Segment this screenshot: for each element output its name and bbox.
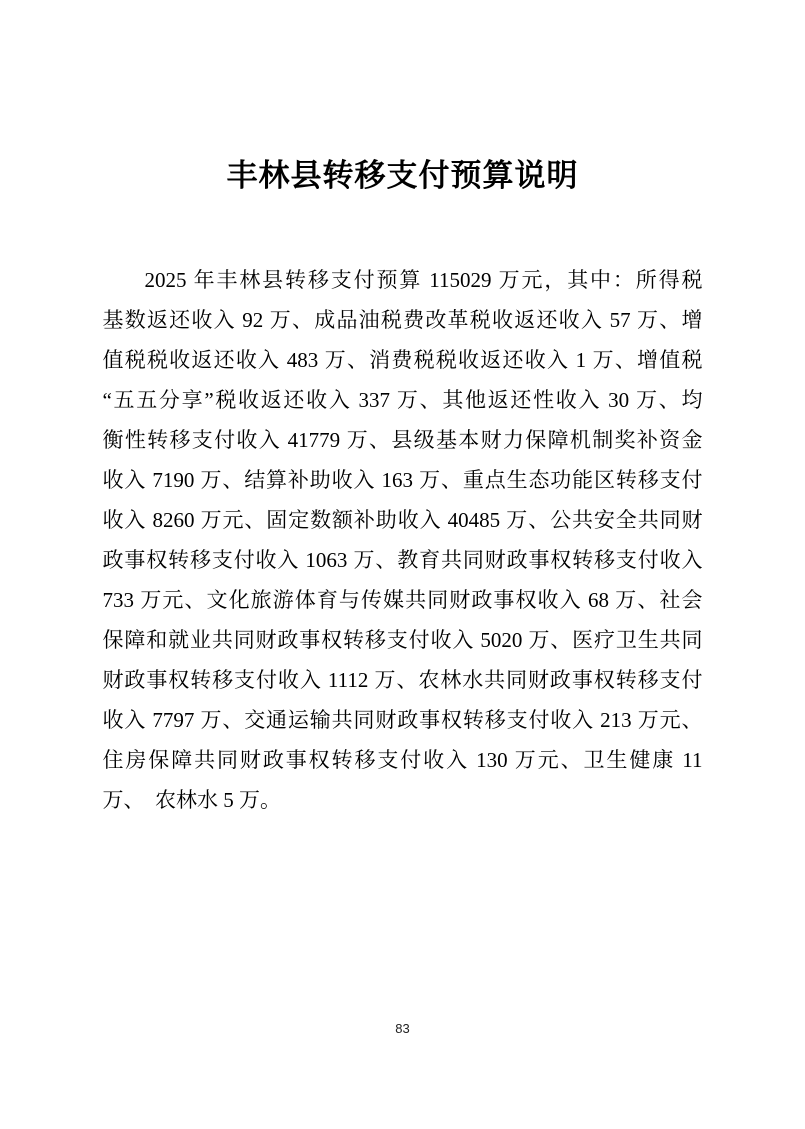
paragraph-line: 733 万元、文化旅游体育与传媒共同财政事权收入 68 万、社会 xyxy=(103,580,703,620)
document-page: 丰林县转移支付预算说明 2025 年丰林县转移支付预算 115029 万元，其中… xyxy=(0,0,805,1129)
paragraph-line: 值税税收返还收入 483 万、消费税税收返还收入 1 万、增值税 xyxy=(103,340,703,380)
paragraph-line: 万、 农林水 5 万。 xyxy=(103,780,703,820)
paragraph-line: 收入 7190 万、结算补助收入 163 万、重点生态功能区转移支付 xyxy=(103,460,703,500)
paragraph-line: 住房保障共同财政事权转移支付收入 130 万元、卫生健康 11 xyxy=(103,740,703,780)
paragraph-line: 衡性转移支付收入 41779 万、县级基本财力保障机制奖补资金 xyxy=(103,420,703,460)
paragraph-line: 收入 8260 万元、固定数额补助收入 40485 万、公共安全共同财 xyxy=(103,500,703,540)
paragraph-line: 收入 7797 万、交通运输共同财政事权转移支付收入 213 万元、 xyxy=(103,700,703,740)
paragraph-line: 保障和就业共同财政事权转移支付收入 5020 万、医疗卫生共同 xyxy=(103,620,703,660)
paragraph-line: 基数返还收入 92 万、成品油税费改革税收返还收入 57 万、增 xyxy=(103,300,703,340)
page-number: 83 xyxy=(0,1020,805,1038)
document-title: 丰林县转移支付预算说明 xyxy=(0,0,805,196)
paragraph-line: 财政事权转移支付收入 1112 万、农林水共同财政事权转移支付 xyxy=(103,660,703,700)
document-body-paragraph: 2025 年丰林县转移支付预算 115029 万元，其中：所得税基数返还收入 9… xyxy=(103,260,703,820)
paragraph-line: 政事权转移支付收入 1063 万、教育共同财政事权转移支付收入 xyxy=(103,540,703,580)
paragraph-line: 2025 年丰林县转移支付预算 115029 万元，其中：所得税 xyxy=(103,260,703,300)
paragraph-line: “五五分享”税收返还收入 337 万、其他返还性收入 30 万、均 xyxy=(103,380,703,420)
